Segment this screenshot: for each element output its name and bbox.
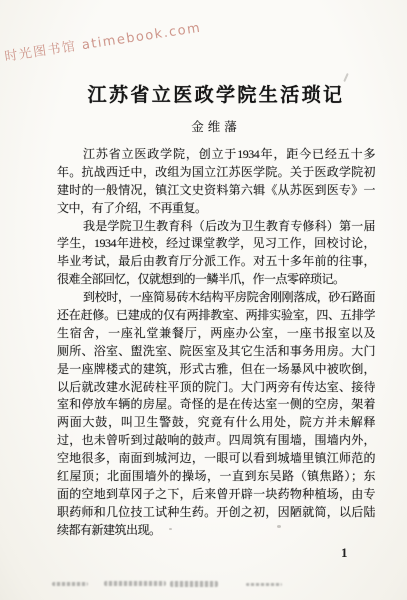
body-line: 毕业考试，最后由教育厅分派工作。对五十多年前的往事， <box>57 253 375 271</box>
body-line: 生宿舍，一座礼堂兼餐厅，两座办公室，一座书报室以及 <box>57 325 375 343</box>
body-line: 我是学院卫生教育科（后改为卫生教育专修科）第一届 <box>57 218 375 236</box>
body-line: 学生，1934年进校，经过课堂教学，见习工作，回校讨论， <box>57 235 375 253</box>
scanned-book-page: 时光图书馆 atimebook.com 江苏省立医政学院生活琐记 金维藩 江苏省… <box>0 0 407 600</box>
author-name: 金维藩 <box>57 117 375 135</box>
body-line: 年。抗战西迁中，改组为国立江苏医学院。关于医政学院初 <box>57 164 375 182</box>
bleedthrough-segment <box>104 581 166 586</box>
ink-speck <box>277 525 281 528</box>
bleedthrough-segment <box>170 581 218 587</box>
bleedthrough-segment <box>52 582 88 586</box>
paragraph: 我是学院卫生教育科（后改为卫生教育专修科）第一届 学生，1934年进校，经过课堂… <box>57 218 375 290</box>
paragraph: 江苏省立医政学院，创立于1934年，距今已经五十多 年。抗战西迁中，改组为国立江… <box>57 146 375 218</box>
page-number: 1 <box>341 545 348 561</box>
body-line: 过，也未曾听到过敲响的鼓声。四周筑有围墙，围墙内外， <box>57 432 375 450</box>
article-body: 江苏省立医政学院，创立于1934年，距今已经五十多 年。抗战西迁中，改组为国立江… <box>57 146 375 540</box>
ink-speck <box>169 528 172 530</box>
body-line: 以后就改建水泥砖柱平顶的院门。大门两旁有传达室、接待 <box>57 379 375 397</box>
body-line: 到校时，一座简易砖木结构平房院舍刚刚落成，砂石路面 <box>57 289 375 307</box>
paragraph: 到校时，一座简易砖木结构平房院舍刚刚落成，砂石路面 还在赶修。已建成的仅有两排教… <box>57 289 375 539</box>
page-title: 江苏省立医政学院生活琐记 <box>57 80 375 107</box>
body-line: 文中，有了介绍，不再重复。 <box>57 200 375 218</box>
body-line: 空地很多，南面到城河边，一眼可以看到城墙里镇江师范的 <box>57 450 375 468</box>
body-line: 江苏省立医政学院，创立于1934年，距今已经五十多 <box>57 146 375 164</box>
bleedthrough-smudge <box>0 578 407 596</box>
body-line: 很难全部回忆，仅就想到的一鳞半爪，作一点零碎琐记。 <box>57 271 375 289</box>
body-line: 续都有新建筑出现。 <box>57 522 375 540</box>
body-line: 两面大鼓，叫卫生警鼓，究竟有什么用处，院方并未解释 <box>57 414 375 432</box>
body-line: 面的空地到草冈子之下，后来曾开辟一块药物种植场，由专 <box>57 486 375 504</box>
body-line: 职药师和几位技工试种生药。开创之初，因陋就简，以后陆 <box>57 504 375 522</box>
body-line: 是一座牌楼式的建筑，形式古雅，但在一场暴风中被吹倒， <box>57 361 375 379</box>
bleedthrough-segment <box>246 583 282 586</box>
body-line: 红屋顶；北面围墙外的操场，一直到东吴路（镇焦路）；东 <box>57 468 375 486</box>
body-line: 厕所、浴室、盥洗室、院医室及其它生活和事务用房。大门 <box>57 343 375 361</box>
library-watermark: 时光图书馆 atimebook.com <box>3 17 202 65</box>
body-line: 还在赶修。已建成的仅有两排教室、两排实验室，四、五排学 <box>57 307 375 325</box>
body-line: 室和停放车辆的房屋。奇怪的是在传达室一侧的空房，架着 <box>57 396 375 414</box>
body-line: 建时的一般情况，镇江文史资料第六辑《从苏医到医专》一 <box>57 182 375 200</box>
